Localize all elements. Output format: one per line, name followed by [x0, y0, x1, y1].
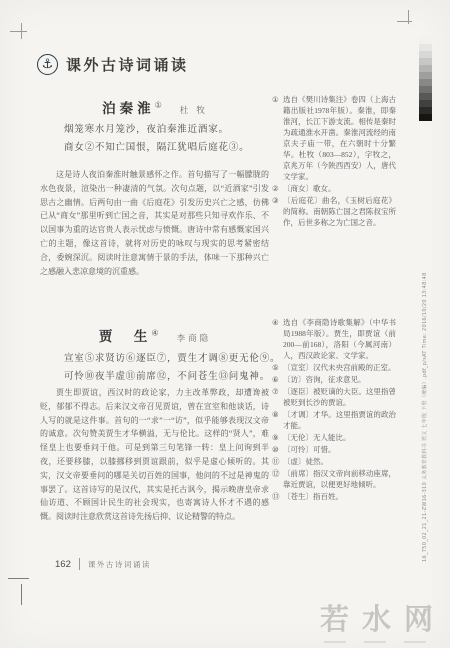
page-number: 162	[55, 559, 71, 570]
watermark: 若水网	[320, 597, 445, 643]
page-footer: 162 课外古诗词诵读	[55, 558, 151, 570]
crop-mark-bottom-left-h	[8, 578, 29, 579]
annotations-poem-2: ④ 选自《李商隐诗歌集解》（中华书局1988年版）。贾生，即贾谊（前200—前1…	[272, 317, 396, 503]
anchor-icon: ⚓	[37, 54, 58, 75]
annotation-item: ⑨ 〔无伦〕无人能比。	[272, 432, 396, 443]
annotation-item: ⑪ 〔虚〕徒然。	[272, 456, 396, 467]
footer-section-title: 课外古诗词诵读	[88, 559, 151, 570]
annotation-text: 〔前席〕指汉文帝向前移动座席，靠近贾谊，以便更好地倾听。	[283, 469, 396, 489]
poem-1-title-ref: ①	[155, 101, 162, 110]
annotation-marker: ⑬	[272, 491, 280, 502]
annotation-marker: ⑫	[272, 468, 280, 479]
annotation-item: ① 选自《樊川诗集注》卷四（上海古籍出版社1978年版）。秦淮，即秦淮河，长江下…	[272, 94, 396, 182]
annotation-item: ⑫ 〔前席〕指汉文帝向前移动座席，靠近贾谊，以便更好地倾听。	[272, 468, 396, 490]
crop-mark-top-right-v	[408, 10, 409, 24]
watermark-subtext	[324, 641, 445, 643]
annotations-poem-1: ① 选自《樊川诗集注》卷四（上海古籍出版社1978年版）。秦淮，即秦淮河，长江下…	[272, 94, 396, 229]
annotation-text: 〔虚〕徒然。	[283, 457, 328, 466]
print-metadata-vertical: 16_750_02_21_21-ZW16-310 义务教育教科书 语文 七年级 …	[421, 300, 428, 562]
annotation-marker: ⑨	[272, 432, 279, 443]
poem-2-title: 贾 生④	[99, 325, 159, 345]
annotation-marker: ⑪	[272, 456, 280, 467]
section-header: ⚓ 课外古诗词诵读	[37, 54, 189, 75]
poem-1-body: 烟笼寒水月笼沙，夜泊秦淮近酒家。 商女②不知亡国恨，隔江犹唱后庭花③。	[64, 121, 274, 157]
poem-line: 商女②不知亡国恨，隔江犹唱后庭花③。	[64, 139, 274, 157]
annotation-item: ⑬ 〔苍生〕指百姓。	[272, 491, 396, 502]
annotation-text: 〔后庭花〕曲名，《玉树后庭花》的简称。南朝陈亡国之君陈叔宝所作，后世多称之为亡国…	[283, 196, 396, 227]
annotation-marker: ⑦	[272, 386, 279, 397]
annotation-marker: ④	[272, 317, 279, 328]
annotation-item: ③ 〔后庭花〕曲名，《玉树后庭花》的简称。南朝陈亡国之君陈叔宝所作，后世多称之为…	[272, 195, 396, 228]
poem-2-commentary: 贾生即贾谊，西汉时的政论家，力主改革弊政，却遭谗被贬，郁郁不得志。后来汉文帝召见…	[40, 386, 269, 524]
crop-mark-top-left-h	[10, 31, 27, 32]
annotation-marker: ②	[272, 183, 279, 194]
annotation-item: ⑥ 〔访〕咨询，征求意见。	[272, 374, 396, 385]
annotation-text: 〔苍生〕指百姓。	[283, 492, 343, 501]
annotation-text: 选自《李商隐诗歌集解》（中华书局1988年版）。贾生，即贾谊（前200—前168…	[283, 318, 396, 360]
annotation-item: ⑤ 〔宣室〕汉代未央宫前殿的正室。	[272, 362, 396, 373]
annotation-text: 〔无伦〕无人能比。	[283, 433, 351, 442]
poem-line: 可怜⑩夜半虚⑪前席⑫，不问苍生⑬问鬼神。	[64, 368, 274, 386]
watermark-text: 若水网	[320, 597, 445, 638]
annotation-marker: ⑤	[272, 362, 279, 373]
poem-2-title-ref: ④	[151, 329, 158, 338]
annotation-item: ④ 选自《李商隐诗歌集解》（中华书局1988年版）。贾生，即贾谊（前200—前1…	[272, 317, 396, 361]
annotation-item: ⑩ 〔可怜〕可惜。	[272, 444, 396, 455]
annotation-text: 〔才调〕才华。这里指贾谊的政治才能。	[283, 410, 396, 430]
annotation-marker: ①	[272, 94, 279, 105]
crop-mark-top-left-v	[21, 23, 22, 39]
grayscale-calibration-bar	[419, 37, 432, 121]
annotation-text: 〔商女〕歌女。	[283, 184, 336, 193]
section-title: 课外古诗词诵读	[66, 54, 189, 75]
annotation-text: 〔可怜〕可惜。	[283, 445, 336, 454]
annotation-item: ⑦ 〔逐臣〕被贬谪的大臣。这里指曾被贬到长沙的贾谊。	[272, 386, 396, 408]
crop-mark-bottom-left-v	[21, 584, 22, 605]
poem-line: 宣室⑤求贤访⑥逐臣⑦，贾生才调⑧更无伦⑨。	[64, 350, 274, 368]
annotation-marker: ⑥	[272, 374, 279, 385]
poem-2-author: 李商隐	[177, 332, 212, 344]
annotation-item: ⑧ 〔才调〕才华。这里指贾谊的政治才能。	[272, 409, 396, 431]
annotation-marker: ③	[272, 195, 279, 206]
annotation-text: 〔逐臣〕被贬谪的大臣。这里指曾被贬到长沙的贾谊。	[283, 387, 396, 407]
poem-1-header: 泊秦淮① 杜 牧	[40, 97, 270, 117]
footer-divider	[79, 558, 80, 570]
annotation-text: 〔宣室〕汉代未央宫前殿的正室。	[283, 363, 396, 372]
poem-2-header: 贾 生④ 李商隐	[40, 325, 270, 345]
annotation-marker: ⑧	[272, 409, 279, 420]
annotation-item: ② 〔商女〕歌女。	[272, 183, 396, 194]
annotation-marker: ⑩	[272, 444, 279, 455]
poem-1-commentary: 这是诗人夜泊秦淮时触景感怀之作。首句描写了一幅朦胧的水色夜景，渲染出一种凄清的气…	[40, 168, 269, 278]
textbook-page: ⚓ 课外古诗词诵读 泊秦淮① 杜 牧 烟笼寒水月笼沙，夜泊秦淮近酒家。 商女②不…	[0, 0, 450, 648]
poem-1-author: 杜 牧	[180, 104, 208, 116]
poem-2-body: 宣室⑤求贤访⑥逐臣⑦，贾生才调⑧更无伦⑨。 可怜⑩夜半虚⑪前席⑫，不问苍生⑬问鬼…	[64, 350, 274, 386]
annotation-text: 选自《樊川诗集注》卷四（上海古籍出版社1978年版）。秦淮，即秦淮河，长江下游支…	[283, 95, 396, 181]
poem-1-title: 泊秦淮①	[102, 97, 162, 117]
crop-mark-top-right-h	[397, 21, 412, 22]
poem-line: 烟笼寒水月笼沙，夜泊秦淮近酒家。	[64, 121, 274, 139]
annotation-text: 〔访〕咨询，征求意见。	[283, 375, 366, 384]
